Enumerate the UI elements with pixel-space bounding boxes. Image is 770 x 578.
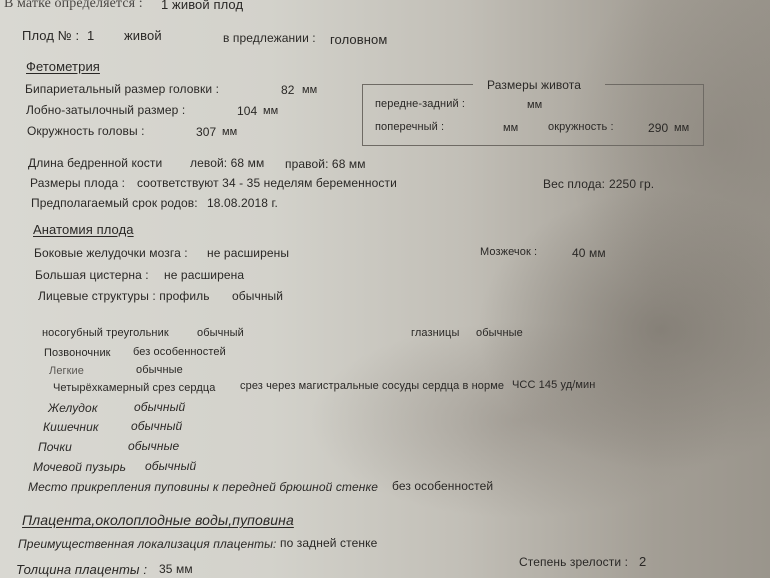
kidneys-label: Почки [38, 440, 72, 454]
abdomen-ap-unit: мм [527, 99, 542, 111]
box-border-right [605, 84, 703, 85]
placenta-thickness-value: 35 мм [159, 562, 193, 576]
ofd-unit: мм [263, 105, 278, 117]
fetus-number-label: Плод № : [22, 28, 79, 43]
spine-label: Позвоночник [44, 347, 111, 359]
stomach-label: Желудок [48, 401, 98, 415]
placenta-thickness-label: Толщина плаценты : [16, 562, 147, 577]
nasolabial-label: носогубный треугольник [42, 327, 169, 339]
ofd-label: Лобно-затылочный размер : [26, 103, 185, 117]
orbits-label: глазницы [411, 327, 459, 339]
abdomen-ap-label: передне-задний : [375, 98, 465, 110]
due-date-label: Предполагаемый срок родов: [31, 196, 198, 210]
abdomen-circumference-label: окружность : [548, 121, 614, 133]
due-date-value: 18.08.2018 г. [207, 196, 278, 210]
placenta-location-value: по задней стенке [280, 536, 377, 550]
heart-label: Четырёхкамерный срез сердца [53, 382, 216, 394]
cerebellum-value: 40 мм [572, 246, 606, 260]
face-label: Лицевые структуры : профиль [38, 289, 210, 303]
fetus-number-value: 1 [87, 28, 94, 43]
bpd-unit: мм [302, 84, 317, 96]
presentation-label: в предлежании : [223, 31, 316, 45]
fetal-weight-label: Вес плода: [543, 177, 605, 191]
fetal-size-value: соответствуют 34 - 35 неделям беременнос… [137, 176, 397, 190]
hc-unit: мм [222, 126, 237, 138]
fetal-size-label: Размеры плода : [30, 176, 125, 190]
ventricles-label: Боковые желудочки мозга : [34, 246, 188, 260]
heart-rate-value: ЧСС 145 уд/мин [512, 379, 595, 391]
abdomen-dimensions-box [362, 84, 704, 146]
nasolabial-value: обычный [197, 327, 244, 339]
stomach-value: обычный [134, 400, 185, 414]
placenta-maturity-value: 2 [639, 554, 646, 569]
hc-label: Окружность головы : [27, 124, 145, 138]
cisterna-value: не расширена [164, 268, 244, 282]
fetometry-heading: Фетометрия [26, 59, 100, 74]
femur-left: левой: 68 мм [190, 156, 264, 170]
heart-value: срез через магистральные сосуды сердца в… [240, 380, 504, 392]
ventricles-value: не расширены [207, 246, 289, 260]
bowel-value: обычный [131, 419, 182, 433]
bladder-label: Мочевой пузырь [33, 460, 126, 474]
bladder-value: обычный [145, 459, 196, 473]
presentation-value: головном [330, 32, 387, 47]
abdomen-heading: Размеры живота [487, 78, 581, 92]
spine-value: без особенностей [133, 346, 226, 358]
abdomen-transverse-label: поперечный : [375, 121, 444, 133]
face-value: обычный [232, 289, 283, 303]
bowel-label: Кишечник [43, 420, 99, 434]
fetus-status: живой [124, 28, 162, 43]
hc-value: 307 [196, 125, 216, 139]
placenta-location-label: Преимущественная локализация плаценты: [18, 537, 276, 551]
fetal-weight-value: 2250 гр. [609, 177, 654, 191]
femur-label: Длина бедренной кости [28, 156, 162, 170]
lungs-value: обычные [136, 364, 183, 376]
bpd-label: Бипариетальный размер головки : [25, 82, 219, 96]
placenta-heading: Плацента,околоплодные воды,пуповина [22, 512, 294, 528]
orbits-value: обычные [476, 327, 523, 339]
abdomen-circumference-unit: мм [674, 122, 689, 134]
box-border-left [363, 84, 473, 85]
cord-insertion-value: без особенностей [392, 479, 493, 493]
cisterna-label: Большая цистерна : [35, 268, 149, 282]
cerebellum-label: Мозжечок : [480, 246, 537, 258]
abdomen-transverse-unit: мм [503, 122, 518, 134]
uterus-label: В матке определяется : [4, 0, 143, 12]
cord-insertion-label: Место прикрепления пуповины к передней б… [28, 480, 378, 494]
kidneys-value: обычные [128, 439, 179, 453]
abdomen-circumference-value: 290 [648, 121, 668, 135]
uterus-value: 1 живой плод [161, 0, 243, 12]
placenta-maturity-label: Степень зрелости : [519, 555, 628, 569]
anatomy-heading: Анатомия плода [33, 222, 134, 237]
lungs-label: Легкие [49, 365, 84, 377]
ofd-value: 104 [237, 104, 257, 118]
bpd-value: 82 [281, 83, 295, 97]
femur-right: правой: 68 мм [285, 157, 366, 171]
